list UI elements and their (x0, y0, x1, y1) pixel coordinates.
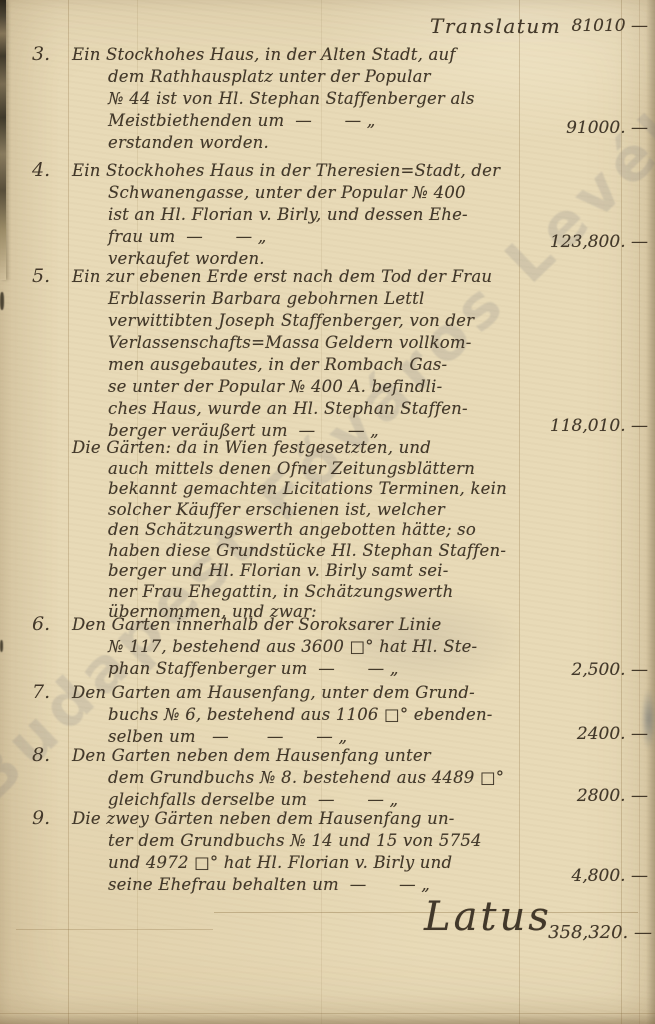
text-line: № 44 ist von Hl. Stephan Staffenberger a… (62, 88, 536, 110)
amount-entry-4: 123,800. — (502, 232, 648, 252)
ledger-entry-6: 6. Den Garten innerhalb der Soroksarer L… (62, 614, 536, 680)
text-line: bekannt gemachten Licitations Terminen, … (62, 479, 536, 500)
manuscript-page: Budapest Főváros Levéltára Translatum 81… (0, 0, 655, 1024)
text-line: berger und Hl. Florian v. Birly samt sei… (62, 561, 536, 582)
text-line: dem Rathhausplatz unter der Popular (62, 66, 536, 88)
ledger-entry-7: 7. Den Garten am Hausenfang, unter dem G… (62, 682, 536, 748)
text-line: Erblasserin Barbara gebohrnen Lettl (62, 288, 536, 310)
entry-number: 9. (32, 807, 50, 829)
text-line: phan Staffenberger um — — „ (62, 658, 536, 680)
text-line: erstanden worden. (62, 132, 536, 154)
entry-number: 6. (32, 613, 50, 635)
text-line: ter dem Grundbuchs № 14 und 15 von 5754 (62, 830, 536, 852)
ledger-entry-5: 5. Ein zur ebenen Erde erst nach dem Tod… (62, 266, 536, 442)
entry-number: 5. (32, 265, 50, 287)
text-line: Den Garten neben dem Hausenfang unter (62, 745, 536, 767)
scan-edge-speck (0, 292, 4, 310)
text-line: se unter der Popular № 400 A. befindli- (62, 376, 536, 398)
entry-number: 3. (32, 43, 50, 65)
entry-number: 8. (32, 744, 50, 766)
text-line: Schwanengasse, unter der Popular № 400 (62, 182, 536, 204)
ruled-line-horizontal (0, 1013, 655, 1014)
ledger-entry-4: 4. Ein Stockhohes Haus in der Theresien=… (62, 160, 536, 270)
amount-entry-5: 118,010. — (502, 416, 648, 436)
text-line: dem Grundbuchs № 8. bestehend aus 4489 □… (62, 767, 536, 789)
text-line: men ausgebautes, in der Rombach Gas- (62, 354, 536, 376)
amount-entry-6: 2,500. — (502, 660, 648, 680)
translatum-amount: 81010 — (502, 16, 648, 36)
ledger-entry-8: 8. Den Garten neben dem Hausenfang unter… (62, 745, 536, 811)
text-line: Meistbiethenden um — — „ (62, 110, 536, 132)
text-line: Den Garten innerhalb der Soroksarer Lini… (62, 614, 536, 636)
text-line: Die zwey Gärten neben dem Hausenfang un- (62, 808, 536, 830)
text-line: Ein Stockhohes Haus, in der Alten Stadt,… (62, 44, 536, 66)
latus-amount: 358,320. — (520, 922, 652, 943)
amount-entry-9: 4,800. — (502, 866, 648, 886)
entry-number: 4. (32, 159, 50, 181)
scan-edge-left (0, 0, 6, 280)
ruled-line-horizontal (16, 929, 213, 930)
text-line: buchs № 6, bestehend aus 1106 □° ebenden… (62, 704, 536, 726)
amount-entry-3: 91000. — (502, 118, 648, 138)
text-line: ist an Hl. Florian v. Birly, und dessen … (62, 204, 536, 226)
text-line: seine Ehefrau behalten um — — „ (62, 874, 536, 896)
text-line: auch mittels denen Ofner Zeitungsblätter… (62, 459, 536, 480)
text-line: Ein zur ebenen Erde erst nach dem Tod de… (62, 266, 536, 288)
text-line: und 4972 □° hat Hl. Florian v. Birly und (62, 852, 536, 874)
note-paragraph: Die Gärten: da in Wien festgesetzten, un… (62, 438, 536, 623)
text-line: Verlassenschafts=Massa Geldern vollkom- (62, 332, 536, 354)
text-line: frau um — — „ (62, 226, 536, 248)
scan-edge-speck (0, 640, 3, 652)
text-line: Den Garten am Hausenfang, unter dem Grun… (62, 682, 536, 704)
text-line: ner Frau Ehegattin, in Schätzungswerth (62, 582, 536, 603)
text-line: solcher Käuffer erschienen ist, welcher (62, 500, 536, 521)
amount-entry-8: 2800. — (502, 786, 648, 806)
ledger-entry-9: 9. Die zwey Gärten neben dem Hausenfang … (62, 808, 536, 896)
text-line: verwittibten Joseph Staffenberger, von d… (62, 310, 536, 332)
entry-number: 7. (32, 681, 50, 703)
text-line: haben diese Grundstücke Hl. Stephan Staf… (62, 541, 536, 562)
scan-edge-bottom (0, 1014, 655, 1024)
text-line: Die Gärten: da in Wien festgesetzten, un… (62, 438, 536, 459)
text-line: den Schätzungswerth angebotten hätte; so (62, 520, 536, 541)
ledger-entry-3: 3. Ein Stockhohes Haus, in der Alten Sta… (62, 44, 536, 154)
text-line: ches Haus, wurde an Hl. Stephan Staffen- (62, 398, 536, 420)
text-line: № 117, bestehend aus 3600 □° hat Hl. Ste… (62, 636, 536, 658)
text-line: Ein Stockhohes Haus in der Theresien=Sta… (62, 160, 536, 182)
amount-entry-7: 2400. — (502, 724, 648, 744)
